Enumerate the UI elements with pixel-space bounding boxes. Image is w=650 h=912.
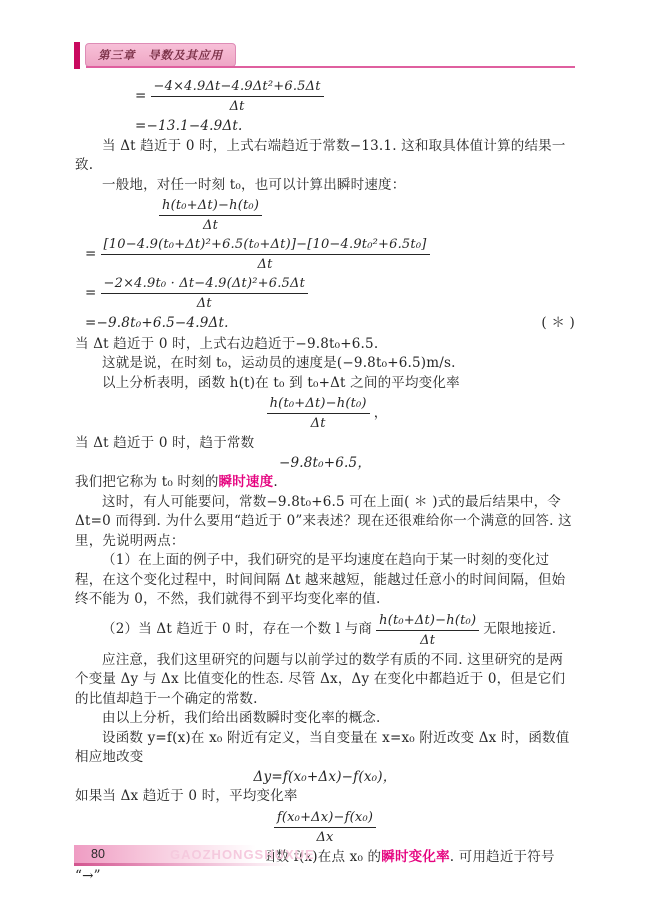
fraction-denominator: Δt xyxy=(101,294,309,312)
fraction-denominator: Δt xyxy=(267,414,370,432)
fraction-numerator: f(x₀+Δx)−f(x₀) xyxy=(274,809,376,828)
fraction: [10−4.9(t₀+Δt)²+6.5(t₀+Δt)]−[10−4.9t₀²+6… xyxy=(101,236,430,273)
paragraph: 设函数 y=f(x)在 x₀ 附近有定义，当自变量在 x=x₀ 附近改变 Δx … xyxy=(75,729,575,768)
page-body: = −4×4.9Δt−4.9Δt²+6.5Δt Δt =−13.1−4.9Δt.… xyxy=(75,76,575,887)
fraction: −2×4.9t₀ · Δt−4.9(Δt)²+6.5Δt Δt xyxy=(101,275,309,312)
fraction: h(t₀+Δt)−h(t₀) Δt xyxy=(267,395,370,432)
equation-comma: ， xyxy=(374,404,388,424)
fraction: f(x₀+Δx)−f(x₀) Δx xyxy=(274,809,376,846)
fraction-numerator: h(t₀+Δt)−h(t₀) xyxy=(159,197,262,216)
equation-substitution: = [10−4.9(t₀+Δt)²+6.5(t₀+Δt)]−[10−4.9t₀²… xyxy=(85,236,575,273)
equals-sign: = xyxy=(85,284,97,304)
equation-velocity-result: =−13.1−4.9Δt. xyxy=(135,117,575,137)
paragraph-text: 我们把它称为 t₀ 时刻的 xyxy=(75,474,219,490)
equation-delta-y: Δy=f(x₀+Δx)−f(x₀)， xyxy=(75,768,575,788)
fraction-denominator: Δt xyxy=(159,216,262,234)
fraction-numerator: h(t₀+Δt)−h(t₀) xyxy=(376,612,479,631)
fraction-numerator: [10−4.9(t₀+Δt)²+6.5(t₀+Δt)]−[10−4.9t₀²+6… xyxy=(101,236,430,255)
paragraph: 当 Δt 趋近于 0 时，上式右边趋近于−9.8t₀+6.5. xyxy=(75,335,575,355)
equation-simplified: = −2×4.9t₀ · Δt−4.9(Δt)²+6.5Δt Δt xyxy=(85,275,575,312)
fraction-numerator: −2×4.9t₀ · Δt−4.9(Δt)²+6.5Δt xyxy=(101,275,309,294)
fraction: h(t₀+Δt)−h(t₀) Δt xyxy=(159,197,262,234)
paragraph: （1）在上面的例子中，我们研究的是平均速度在趋向于某一时刻的变化过程，在这个变化… xyxy=(75,551,575,610)
paragraph: 应注意，我们这里研究的问题与以前学过的数学有质的不同. 这里研究的是两个变量 Δ… xyxy=(75,651,575,710)
equation-star-tag: ( ＊ ) xyxy=(541,314,575,334)
chapter-accent-bar xyxy=(74,42,80,69)
equation-limit-constant: −9.8t₀+6.5， xyxy=(75,454,575,474)
paragraph: 这时，有人可能要问，常数−9.8t₀+6.5 可在上面( ＊ )式的最后结果中，… xyxy=(75,493,575,552)
paragraph-text: （2）当 Δt 趋近于 0 时，存在一个数 l 与商 xyxy=(102,620,372,640)
paragraph: 由以上分析，我们给出函数瞬时变化率的概念. xyxy=(75,709,575,729)
term-instantaneous-rate: 瞬时变化率 xyxy=(381,849,450,865)
equation-difference-quotient: f(x₀+Δx)−f(x₀) Δx xyxy=(75,809,575,846)
equation-starred: =−9.8t₀+6.5−4.9Δt. ( ＊ ) xyxy=(75,314,575,334)
paragraph: 以上分析表明，函数 h(t)在 t₀ 到 t₀+Δt 之间的平均变化率 xyxy=(75,374,575,394)
paragraph: 这就是说，在时刻 t₀，运动员的速度是(−9.8t₀+6.5)m/s. xyxy=(75,354,575,374)
fraction-numerator: −4×4.9Δt−4.9Δt²+6.5Δt xyxy=(151,78,324,97)
paragraph: 当 Δt 趋近于 0 时，上式右端趋近于常数−13.1. 这和取具体值计算的结果… xyxy=(75,137,575,176)
equals-sign: = xyxy=(85,245,97,265)
fraction-numerator: h(t₀+Δt)−h(t₀) xyxy=(267,395,370,414)
equation-starred-left: =−9.8t₀+6.5−4.9Δt. xyxy=(85,314,229,334)
header-rule xyxy=(86,66,575,68)
footer-rule xyxy=(74,863,289,866)
fraction: h(t₀+Δt)−h(t₀) Δt xyxy=(376,612,479,649)
chapter-title: 第三章 导数及其应用 xyxy=(98,47,223,63)
page-number: 80 xyxy=(91,847,105,861)
equation-average-rate-repeat: h(t₀+Δt)−h(t₀) Δt ， xyxy=(75,395,575,432)
paragraph: 当 Δt 趋近于 0 时，趋于常数 xyxy=(75,434,575,454)
paragraph-with-fraction: （2）当 Δt 趋近于 0 时，存在一个数 l 与商 h(t₀+Δt)−h(t₀… xyxy=(75,612,575,649)
fraction-denominator: Δt xyxy=(101,255,430,273)
paragraph: 我们把它称为 t₀ 时刻的瞬时速度. xyxy=(75,473,575,493)
equals-sign: = xyxy=(135,87,147,107)
chapter-banner: 第三章 导数及其应用 xyxy=(85,43,236,67)
paragraph: 一般地，对任一时刻 t₀，也可以计算出瞬时速度： xyxy=(75,176,575,196)
footer-band: 80 GAOZHONGSHUXUE xyxy=(74,845,266,863)
fraction: −4×4.9Δt−4.9Δt²+6.5Δt Δt xyxy=(151,78,324,115)
fraction-denominator: Δx xyxy=(274,828,376,846)
fraction-denominator: Δt xyxy=(376,631,479,649)
equation-average-rate: h(t₀+Δt)−h(t₀) Δt xyxy=(155,197,575,234)
equation-velocity-expansion: = −4×4.9Δt−4.9Δt²+6.5Δt Δt xyxy=(135,78,575,115)
fraction-denominator: Δt xyxy=(151,97,324,115)
footer-watermark: GAOZHONGSHUXUE xyxy=(170,847,315,862)
paragraph: 如果当 Δx 趋近于 0 时，平均变化率 xyxy=(75,787,575,807)
paragraph-text: . xyxy=(273,474,278,490)
paragraph-text: 无限地接近. xyxy=(483,620,556,640)
textbook-page: 第三章 导数及其应用 = −4×4.9Δt−4.9Δt²+6.5Δt Δt =−… xyxy=(0,0,650,912)
term-instantaneous-velocity: 瞬时速度 xyxy=(219,474,274,490)
